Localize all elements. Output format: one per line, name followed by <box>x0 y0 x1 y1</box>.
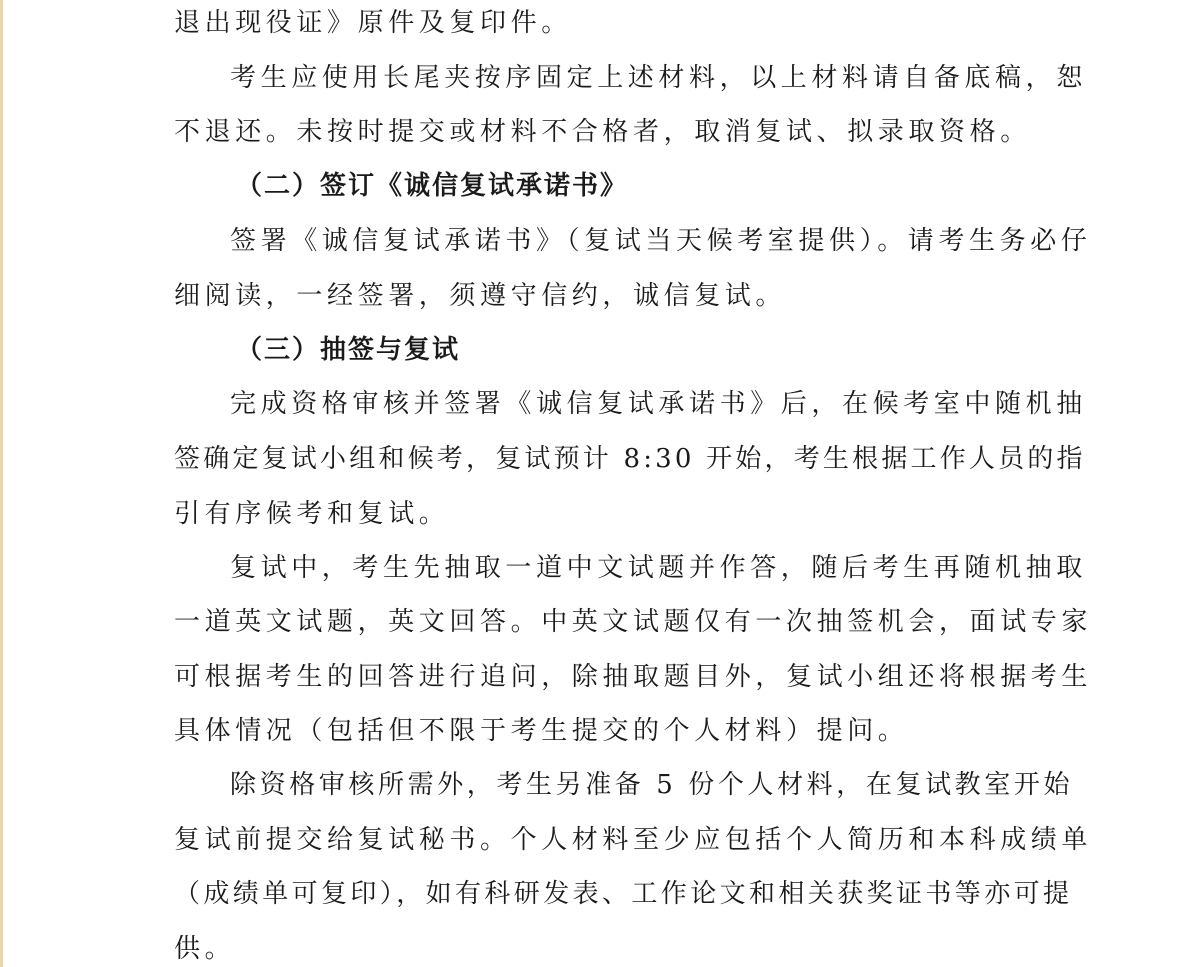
paragraph-line: 完成资格审核并签署《诚信复试承诺书》后，在候考室中随机抽 <box>230 386 1087 422</box>
page-edge-border <box>0 0 3 967</box>
paragraph-line: 除资格审核所需外，考生另准备 5 份个人材料，在复试教室开始 <box>230 767 1073 803</box>
section-heading-3: （三）抽签与复试 <box>236 332 460 368</box>
paragraph-line: 复试中，考生先抽取一道中文试题并作答，随后考生再随机抽取 <box>230 550 1087 586</box>
paragraph-line: （成绩单可复印），如有科研发表、工作论文和相关获奖证书等亦可提 <box>174 876 1072 912</box>
paragraph-line: 一道英文试题，英文回答。中英文试题仅有一次抽签机会，面试专家 <box>174 604 1092 640</box>
paragraph-line: 签署《诚信复试承诺书》（复试当天候考室提供）。请考生务必仔 <box>230 223 1091 259</box>
section-heading-2: （二）签订《诚信复试承诺书》 <box>236 168 628 204</box>
paragraph-line: 考生应使用长尾夹按序固定上述材料，以上材料请自备底稿，恕 <box>230 60 1087 96</box>
paragraph-line: 引有序候考和复试。 <box>174 496 449 532</box>
paragraph-line: 退出现役证》原件及复印件。 <box>174 5 572 41</box>
paragraph-line: 具体情况（包括但不限于考生提交的个人材料）提问。 <box>174 713 908 749</box>
paragraph-line: 签确定复试小组和候考，复试预计 8:30 开始，考生根据工作人员的指 <box>174 441 1086 477</box>
paragraph-line: 可根据考生的回答进行追问，除抽取题目外，复试小组还将根据考生 <box>174 659 1092 695</box>
paragraph-line: 不退还。未按时提交或材料不合格者，取消复试、拟录取资格。 <box>174 114 1031 150</box>
paragraph-line: 供。 <box>174 931 235 967</box>
paragraph-line: 细阅读，一经签署，须遵守信约，诚信复试。 <box>174 278 786 314</box>
paragraph-line: 复试前提交给复试秘书。个人材料至少应包括个人简历和本科成绩单 <box>174 822 1092 858</box>
